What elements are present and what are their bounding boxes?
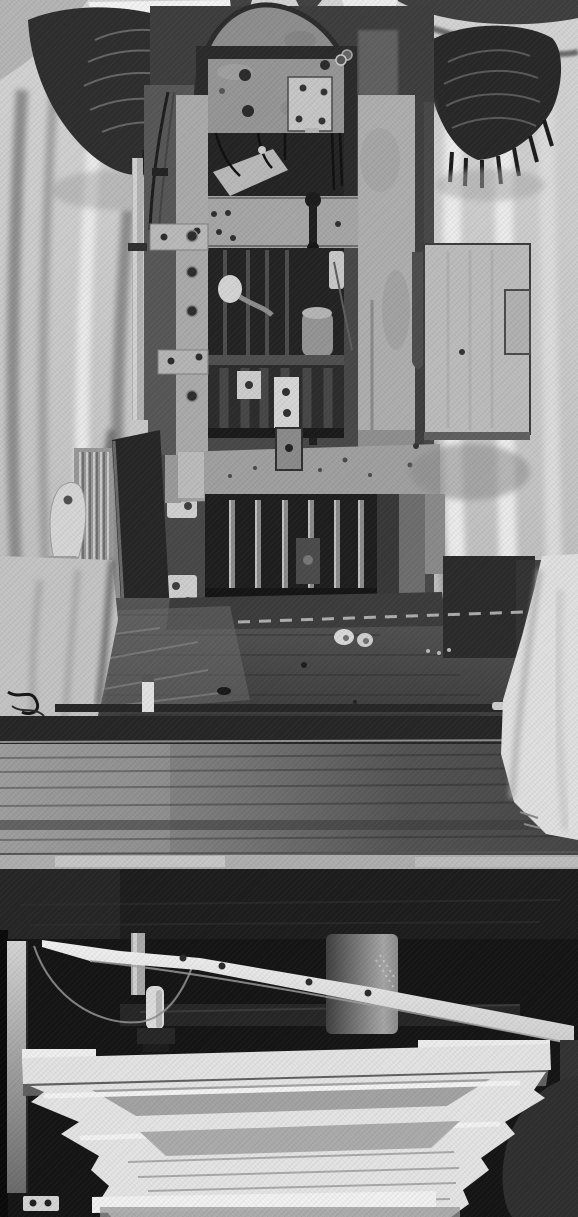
knot bbox=[459, 349, 465, 355]
screw bbox=[196, 354, 203, 361]
speck bbox=[447, 648, 451, 652]
lever-hole bbox=[180, 955, 187, 962]
screw bbox=[216, 229, 222, 235]
screw bbox=[187, 231, 198, 242]
screw bbox=[335, 221, 341, 227]
wood-blotch bbox=[360, 128, 400, 192]
speckle bbox=[228, 474, 232, 478]
right-fill-mid bbox=[399, 494, 425, 598]
cleat bbox=[158, 350, 208, 374]
screw bbox=[242, 105, 254, 117]
screw bbox=[319, 118, 326, 125]
screw bbox=[245, 381, 253, 389]
small-plate bbox=[274, 377, 299, 429]
speckle bbox=[368, 473, 372, 477]
cylinder-top bbox=[302, 307, 332, 319]
speckle bbox=[253, 466, 257, 470]
right-fill-dark bbox=[377, 494, 399, 598]
lever-hole bbox=[219, 963, 226, 970]
speckle bbox=[318, 468, 322, 472]
screw bbox=[320, 60, 330, 70]
beam-bright bbox=[178, 452, 204, 498]
screw bbox=[321, 89, 328, 96]
center-knob bbox=[303, 555, 313, 565]
tube-highlight bbox=[133, 158, 137, 420]
screw bbox=[336, 55, 346, 65]
rail-groove bbox=[0, 820, 578, 830]
left-wall-edge bbox=[0, 930, 8, 1217]
collar-shadow bbox=[358, 30, 398, 96]
speckle bbox=[343, 458, 348, 463]
frame-bar-top bbox=[196, 46, 356, 59]
wood-blotch bbox=[382, 270, 410, 350]
photograph: Rear view of an automaton's interior mec… bbox=[0, 0, 578, 1217]
bottle-shade bbox=[156, 990, 162, 1028]
table-apron bbox=[0, 716, 578, 939]
plate bbox=[288, 77, 332, 131]
screw bbox=[187, 391, 198, 402]
screw bbox=[283, 409, 291, 417]
photo-canvas: Rear view of an automaton's interior mec… bbox=[0, 0, 578, 1217]
side-door-right bbox=[410, 244, 530, 500]
bottle-base bbox=[137, 1028, 175, 1044]
screw bbox=[230, 235, 236, 241]
screw bbox=[161, 234, 168, 241]
rod bbox=[55, 704, 525, 712]
screw bbox=[45, 1200, 52, 1207]
right-post bbox=[358, 95, 424, 450]
speck bbox=[437, 651, 441, 655]
knot bbox=[301, 662, 307, 668]
screw bbox=[168, 358, 175, 365]
rail bbox=[208, 355, 344, 365]
hole bbox=[172, 582, 180, 590]
bottom-fade bbox=[100, 1207, 460, 1217]
screw bbox=[282, 388, 290, 396]
screw bbox=[187, 267, 198, 278]
tube-clamp bbox=[128, 243, 147, 251]
screw bbox=[30, 1200, 37, 1207]
screw bbox=[300, 85, 307, 92]
screw bbox=[219, 88, 225, 94]
screw bbox=[225, 210, 231, 216]
door-inset-panel bbox=[505, 290, 530, 354]
light-mark-center bbox=[363, 638, 369, 644]
lever-hole bbox=[306, 979, 313, 986]
screw bbox=[285, 444, 293, 452]
light-mark-center bbox=[343, 635, 349, 641]
plate bbox=[23, 1196, 59, 1211]
molding-bright bbox=[55, 856, 225, 867]
rail-bright-left bbox=[0, 744, 170, 858]
screw bbox=[239, 69, 251, 81]
molding-bright bbox=[415, 857, 578, 867]
cleat bbox=[150, 224, 208, 250]
hole bbox=[184, 502, 192, 510]
drapery-shadow bbox=[410, 444, 530, 500]
knot bbox=[353, 700, 357, 704]
knot bbox=[217, 687, 231, 695]
dark-slot bbox=[412, 252, 424, 369]
bright-nub bbox=[142, 682, 154, 712]
lever-hole bbox=[365, 990, 372, 997]
beam-wood bbox=[178, 444, 440, 502]
right-fill-light bbox=[425, 494, 445, 574]
rod-grill bbox=[205, 494, 445, 602]
door-bottom-shadow bbox=[424, 432, 530, 440]
machinery-compartment bbox=[208, 248, 352, 360]
bottle-pedestal bbox=[143, 1044, 169, 1052]
upper-compartment bbox=[208, 133, 344, 196]
beam-wood bbox=[196, 196, 358, 248]
hole bbox=[64, 496, 73, 505]
screw bbox=[211, 211, 217, 217]
screw bbox=[296, 116, 303, 123]
wire-clamp bbox=[152, 168, 168, 176]
bright-part bbox=[258, 146, 266, 154]
white-part bbox=[218, 275, 242, 303]
fastening-plate bbox=[23, 1196, 59, 1211]
screw bbox=[413, 443, 419, 449]
screw bbox=[187, 306, 198, 317]
slat-row bbox=[208, 355, 344, 438]
epaulette-shadow bbox=[435, 169, 545, 201]
speck bbox=[426, 649, 430, 653]
